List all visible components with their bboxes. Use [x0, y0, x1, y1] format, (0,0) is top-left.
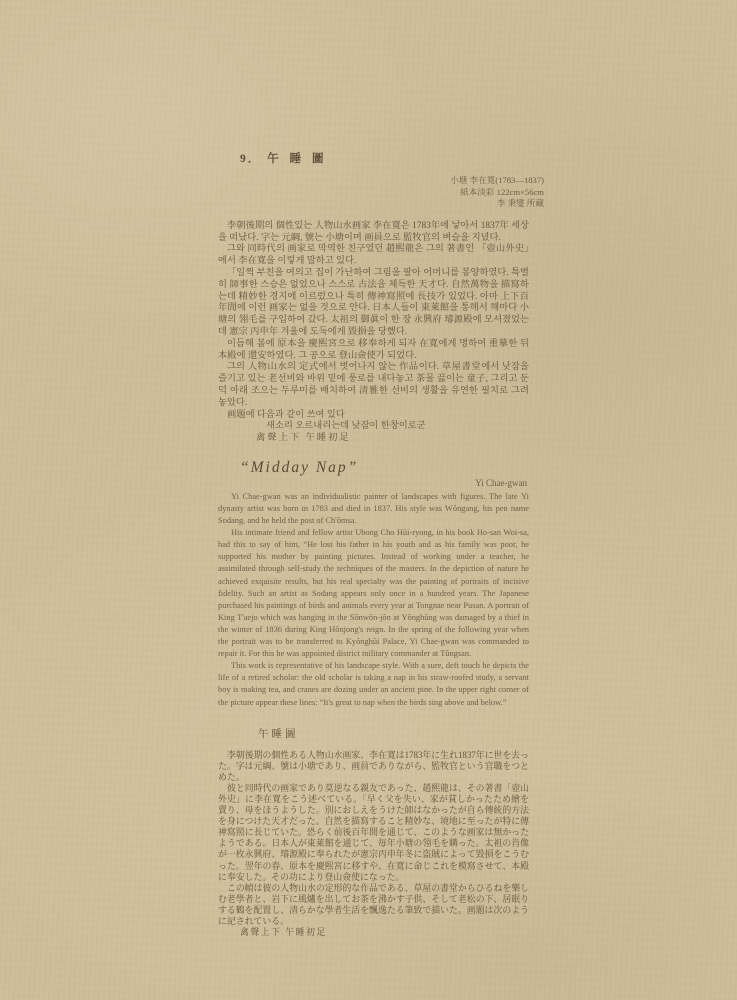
korean-paragraph: 「일찍 부친을 여의고 집이 가난하여 그림을 팔아 어머니를 봉양하였다. 특…: [218, 268, 529, 339]
japanese-paragraph: 彼と同時代の画家であり莫逆なる親友であった、趙熙龍は、その著書「壺山外史」に李在…: [218, 783, 529, 883]
korean-paragraph: 그의 人物山水의 定式에서 벗어나지 않는 作品이다. 草屋書堂에서 낮잠을 즐…: [218, 362, 529, 409]
korean-text-section: 李朝後期의 個性있는 人物山水画家 李在寬은 1783年에 낳아서 1837年 …: [218, 221, 529, 445]
korean-paragraph: 그와 同時代의 画家로 막역한 친구였던 趙熙龍은 그의 著書인 「壺山外史」에…: [218, 244, 529, 268]
korean-paragraph: 李朝後期의 個性있는 人物山水画家 李在寬은 1783年에 낳아서 1837年 …: [218, 221, 529, 245]
english-paragraph: His intimate friend and fellow artist Ub…: [218, 527, 529, 660]
japanese-closing-seal: 禽聲上下 午睡初足: [240, 927, 529, 938]
japanese-text-section: 李朝後期の個性ある人物山水画家、李在寬は1783年に生れ1837年に世を去った。…: [218, 750, 529, 939]
metadata-artist-dates: 小塘 李在寬(1783—1837): [218, 175, 544, 187]
page-title: 9．午 睡 圖: [240, 150, 529, 166]
english-heading-row: “Midday Nap”: [240, 459, 529, 477]
artwork-metadata: 小塘 李在寬(1783—1837) 紙本淡彩 122cm×56cm 李 秉燮 所…: [218, 175, 544, 210]
korean-paragraph: 이듬해 봄에 原本을 慶熙宮으로 移奉하게 되자 在寬에게 명하여 重摹한 뒤 …: [218, 339, 529, 363]
content-column: 9．午 睡 圖 小塘 李在寬(1783—1837) 紙本淡彩 122cm×56c…: [218, 150, 529, 938]
catalog-number: 9．: [240, 153, 261, 165]
japanese-title: 午睡圖: [258, 726, 529, 741]
english-paragraph: This work is representative of his lands…: [218, 660, 529, 708]
title-cjk: 午 睡 圖: [267, 153, 327, 165]
korean-paragraph: 画題에 다음과 같이 쓰여 있다: [218, 410, 529, 422]
english-title: “Midday Nap”: [240, 459, 358, 476]
korean-couplet-translation: 새소리 오르내리는데 낮잠이 한창이로군: [266, 421, 529, 433]
metadata-medium-size: 紙本淡彩 122cm×56cm: [218, 187, 544, 199]
japanese-paragraph: この幀は彼の人物山水の定形的な作品である、草屋の書堂からひるねを樂しむ老學者と、…: [218, 883, 529, 927]
japanese-paragraph: 李朝後期の個性ある人物山水画家、李在寬は1783年に生れ1837年に世を去った。…: [218, 750, 529, 783]
english-text-section: Yi Chae-gwan was an individualistic pain…: [218, 491, 529, 709]
scanned-catalog-page: 9．午 睡 圖 小塘 李在寬(1783—1837) 紙本淡彩 122cm×56c…: [0, 0, 737, 1000]
metadata-collection: 李 秉燮 所藏: [218, 198, 544, 210]
english-paragraph: Yi Chae-gwan was an individualistic pain…: [218, 491, 529, 527]
english-byline: Yi Chae-gwan: [218, 478, 527, 488]
korean-couplet-seal: 禽聲上下 午睡初足: [256, 433, 529, 445]
